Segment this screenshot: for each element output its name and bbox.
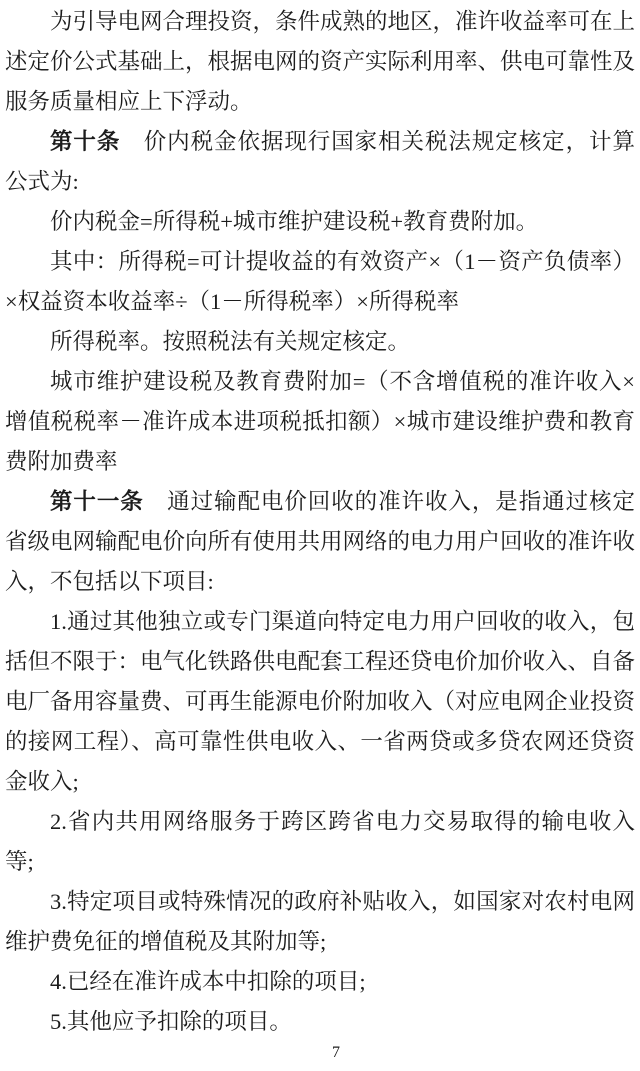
paragraph-article-10: 第十条 价内税金依据现行国家相关税法规定核定，计算公式为: <box>5 122 635 202</box>
list-item-3: 3.特定项目或特殊情况的政府补贴收入，如国家对农村电网维护费免征的增值税及其附加… <box>5 882 635 962</box>
paragraph-text: 3.特定项目或特殊情况的政府补贴收入，如国家对农村电网维护费免征的增值税及其附加… <box>5 889 635 954</box>
list-item-2: 2.省内共用网络服务于跨区跨省电力交易取得的输电收入等; <box>5 802 635 882</box>
paragraph-article-11: 第十一条 通过输配电价回收的准许收入，是指通过核定省级电网输配电价向所有使用共用… <box>5 482 635 602</box>
paragraph: 所得税率。按照税法有关规定核定。 <box>5 322 635 362</box>
document-body: 为引导电网合理投资，条件成熟的地区，准许收益率可在上述定价公式基础上，根据电网的… <box>5 2 635 1041</box>
document-page: 为引导电网合理投资，条件成熟的地区，准许收益率可在上述定价公式基础上，根据电网的… <box>0 0 640 1071</box>
paragraph: 为引导电网合理投资，条件成熟的地区，准许收益率可在上述定价公式基础上，根据电网的… <box>5 2 635 122</box>
list-item-5: 5.其他应予扣除的项目。 <box>5 1002 635 1041</box>
paragraph-text: 价内税金=所得税+城市维护建设税+教育费附加。 <box>50 209 538 234</box>
paragraph-text: 5.其他应予扣除的项目。 <box>50 1009 292 1034</box>
list-item-1: 1.通过其他独立或专门渠道向特定电力用户回收的收入，包括但不限于：电气化铁路供电… <box>5 602 635 802</box>
paragraph-formula: 其中：所得税=可计提收益的有效资产×（1－资产负债率）×权益资本收益率÷（1－所… <box>5 242 635 322</box>
paragraph-text: 1.通过其他独立或专门渠道向特定电力用户回收的收入，包括但不限于：电气化铁路供电… <box>5 609 635 794</box>
list-item-4: 4.已经在准许成本中扣除的项目; <box>5 962 635 1002</box>
paragraph-text: 2.省内共用网络服务于跨区跨省电力交易取得的输电收入等; <box>5 809 635 874</box>
paragraph-formula: 价内税金=所得税+城市维护建设税+教育费附加。 <box>5 202 635 242</box>
paragraph-text: 为引导电网合理投资，条件成熟的地区，准许收益率可在上述定价公式基础上，根据电网的… <box>5 9 635 114</box>
paragraph-text: 所得税率。按照税法有关规定核定。 <box>50 329 410 354</box>
paragraph-text: 城市维护建设税及教育费附加=（不含增值税的准许收入×增值税税率－准许成本进项税抵… <box>5 369 635 474</box>
paragraph-text: 4.已经在准许成本中扣除的项目; <box>50 969 366 994</box>
article-number: 第十条 <box>50 129 120 154</box>
paragraph-text: 其中：所得税=可计提收益的有效资产×（1－资产负债率）×权益资本收益率÷（1－所… <box>5 249 635 314</box>
page-number: 7 <box>21 1041 640 1071</box>
paragraph-formula: 城市维护建设税及教育费附加=（不含增值税的准许收入×增值税税率－准许成本进项税抵… <box>5 362 635 482</box>
article-number: 第十一条 <box>50 489 144 514</box>
